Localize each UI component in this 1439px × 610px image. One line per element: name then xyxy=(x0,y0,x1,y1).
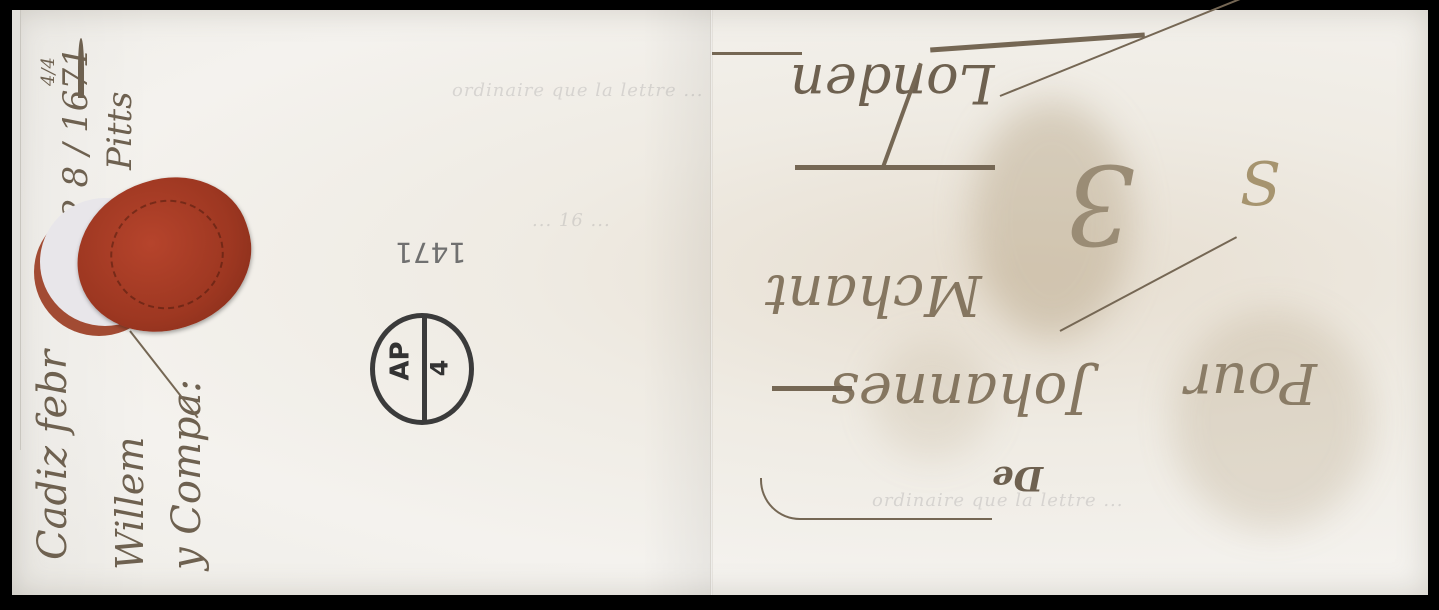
docket-small-mark: 4/4 xyxy=(38,57,59,86)
address-city: Londen xyxy=(790,52,994,115)
rate-mark: 3 xyxy=(1065,140,1135,268)
foxing-stain xyxy=(1172,310,1372,530)
docket-line-2: Willem xyxy=(108,437,152,570)
address-title: Mchant xyxy=(765,262,982,327)
postmark-mark: 4 xyxy=(425,360,453,377)
show-through-text: ordinaire que la lettre ... xyxy=(452,80,704,101)
show-through-text: ... 16 ... xyxy=(532,210,611,231)
address-name: Johannes xyxy=(830,360,1090,425)
docket-pitts: Pitts xyxy=(100,91,140,170)
postmark-letters: AP xyxy=(386,341,416,380)
ap-postmark-icon: AP 4 xyxy=(370,313,474,425)
ink-flourish xyxy=(772,386,852,391)
ink-flourish xyxy=(760,478,992,520)
docket-sender-surname: Pitts xyxy=(100,91,140,170)
wax-seal xyxy=(40,180,252,330)
docket-fraction: 4/4 xyxy=(38,57,59,86)
ink-flourish xyxy=(712,52,802,55)
ink-flourish xyxy=(795,165,995,170)
pencil-note: 1471 xyxy=(395,236,466,269)
center-fold xyxy=(710,10,713,595)
docket-company: y Compa: xyxy=(164,379,210,570)
address-prefix: Pour xyxy=(1185,350,1317,415)
docket-line-3: y Compa: xyxy=(164,379,210,570)
docket-sender: Willem xyxy=(108,437,152,570)
ink-flourish xyxy=(78,38,84,98)
docket-place-date: Cadiz febr xyxy=(30,350,76,560)
docket-line-1: Cadiz febr xyxy=(30,350,76,560)
folded-flap-edge xyxy=(12,10,21,450)
rate-mark-small: S xyxy=(1240,150,1281,220)
address-de: De xyxy=(992,458,1043,498)
